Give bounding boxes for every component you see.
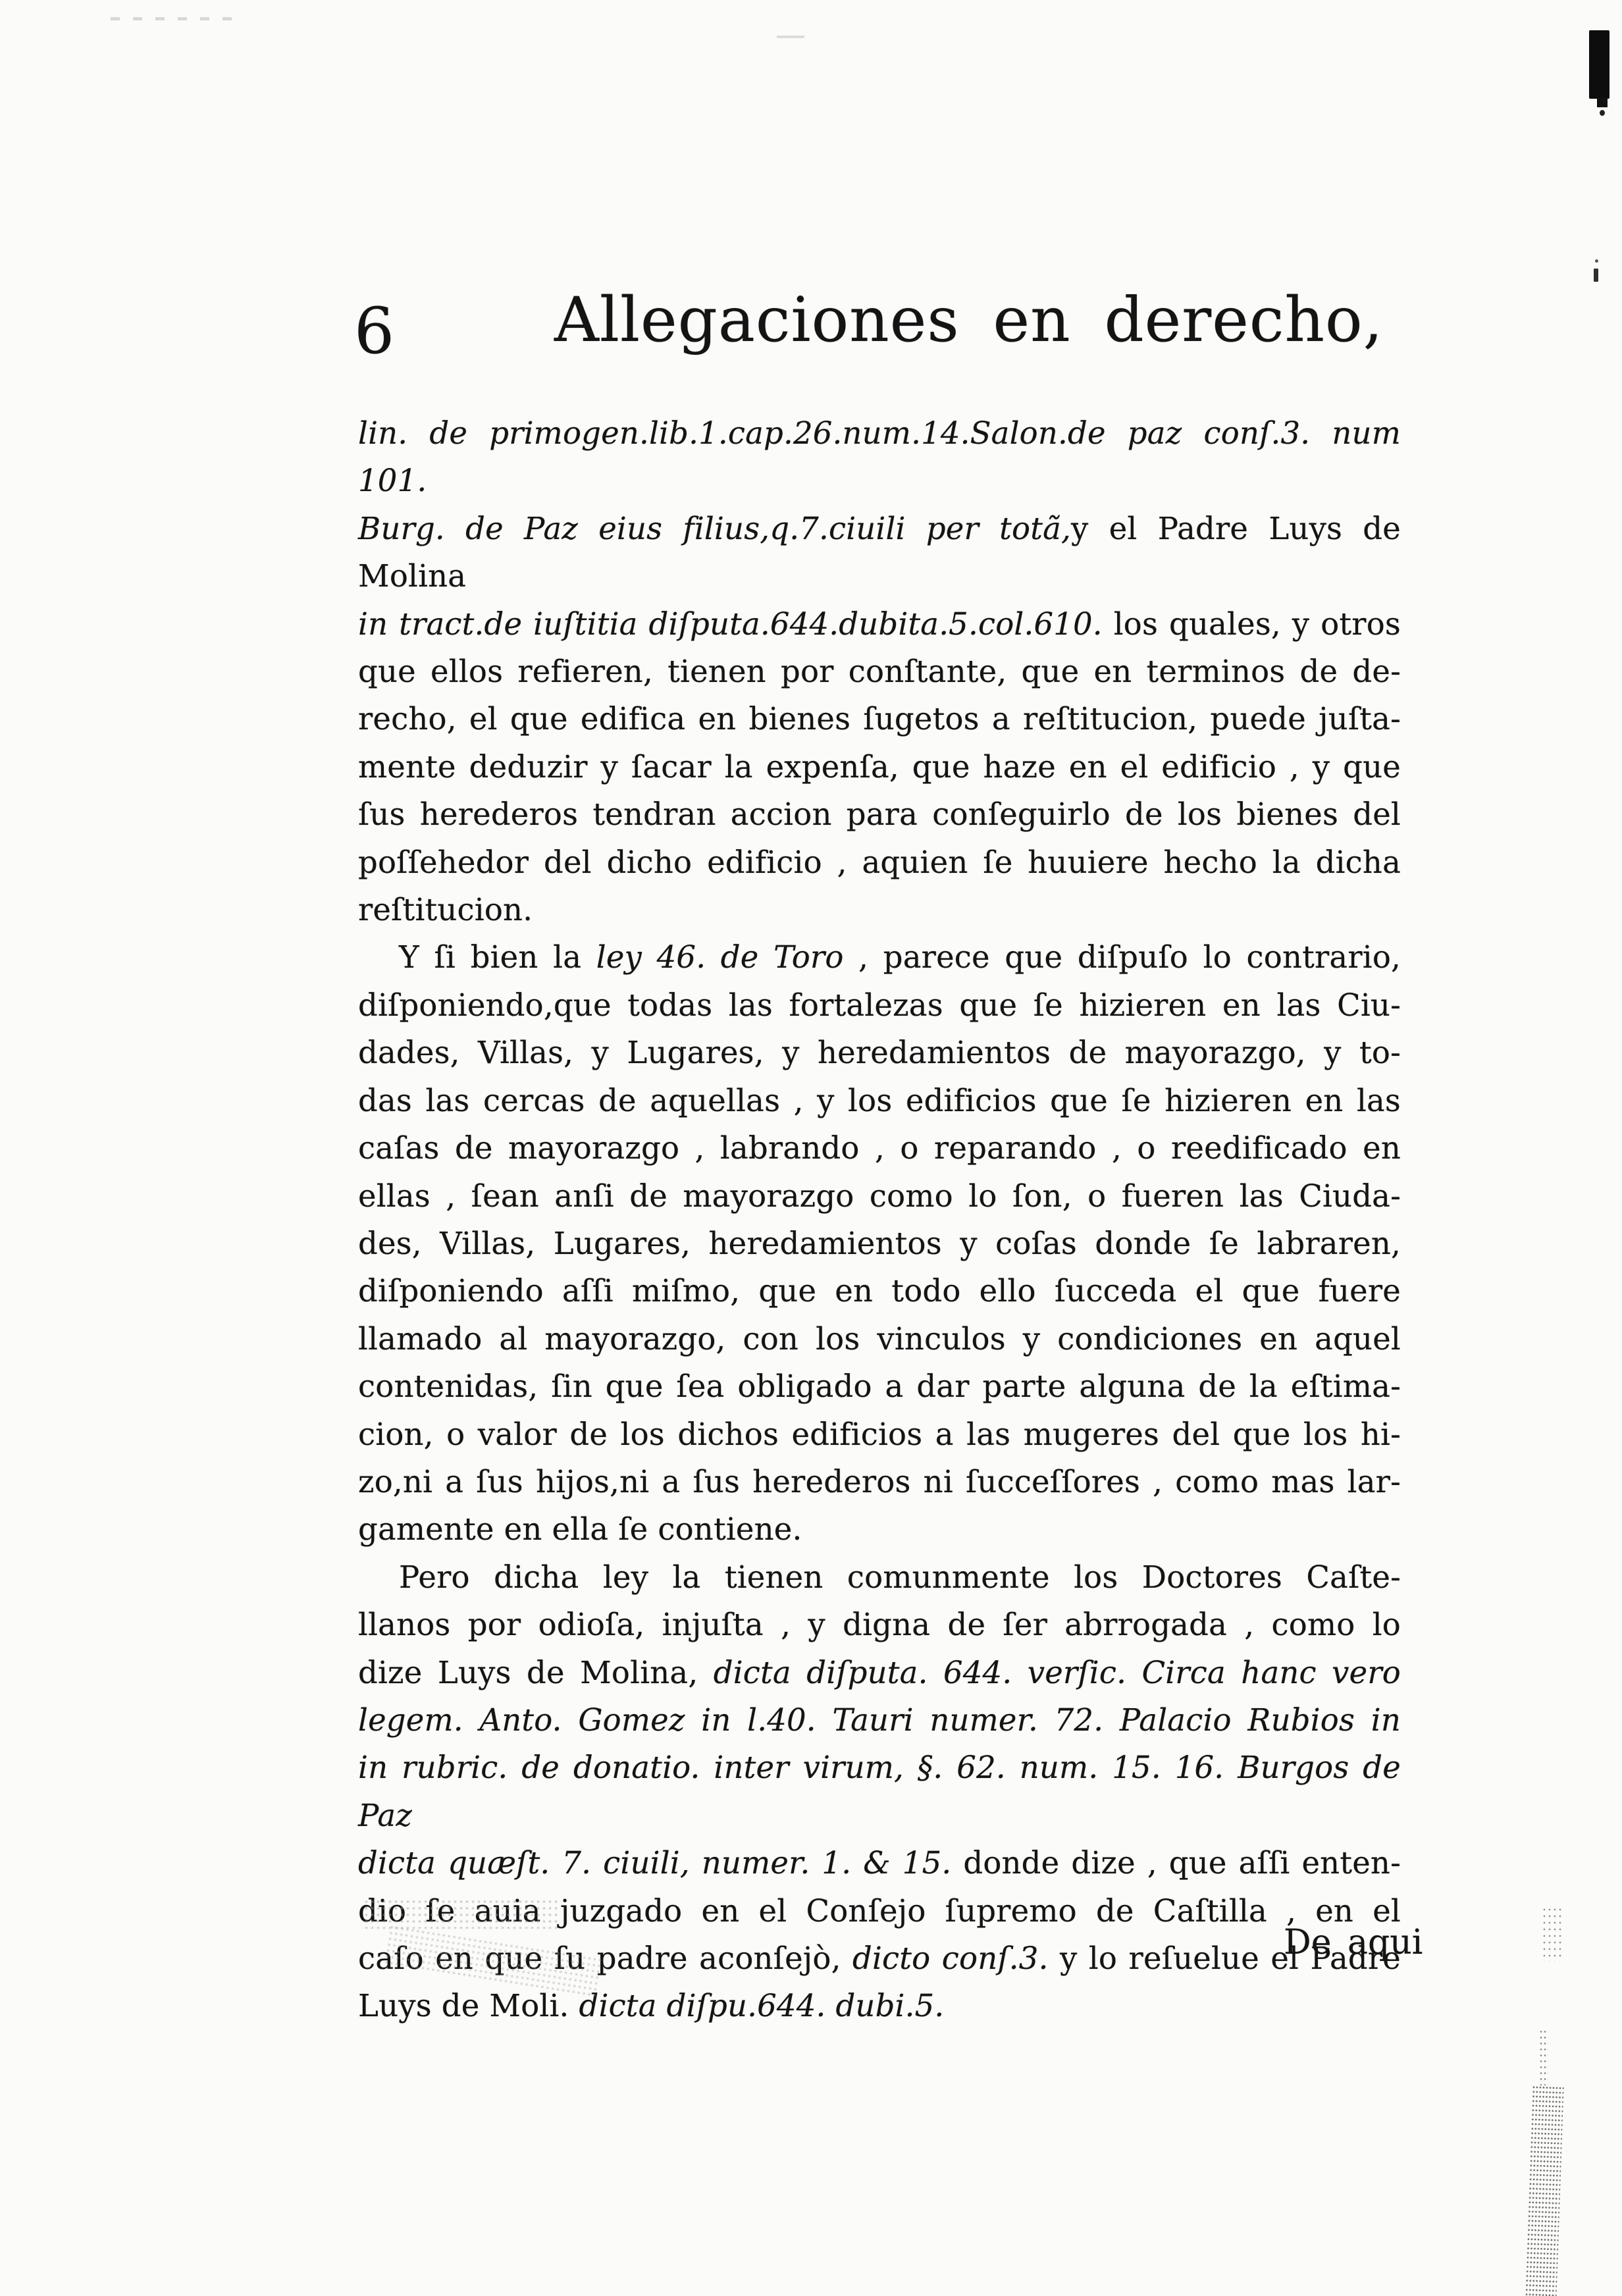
text-line: llanos por odioſa, injuſta , y digna de …	[358, 1601, 1401, 1648]
text-run: que ellos refieren, tienen por conſtante…	[358, 654, 1401, 689]
text-line: lin. de primogen.lib.1.cap.26.num.14.Sal…	[358, 409, 1401, 505]
text-line: cion, o valor de los dichos edificios a …	[358, 1411, 1401, 1458]
text-line: des, Villas, Lugares, heredamientos y co…	[358, 1220, 1401, 1267]
text-run: ley 46. de Toro	[596, 939, 844, 975]
text-line: Luys de Moli. dicta diſpu.644. dubi.5.	[358, 1982, 1401, 2029]
text-line: gamente en ella ſe contiene.	[358, 1505, 1401, 1553]
text-run: poſſehedor del dicho edificio , aquien ſ…	[358, 845, 1401, 880]
text-run: des, Villas, Lugares, heredamientos y co…	[358, 1226, 1401, 1261]
text-line: Burg. de Paz eius filius,q.7.ciuili per …	[358, 505, 1401, 600]
text-line: ellas , ſean anſi de mayorazgo como lo ſ…	[358, 1172, 1401, 1220]
scan-noise-streak	[1542, 1906, 1561, 1962]
margin-tick-dot	[1595, 259, 1598, 263]
text-run: donde dize , que aſſi enten-	[963, 1845, 1401, 1881]
text-run: llanos por odioſa, injuſta , y digna de …	[358, 1607, 1401, 1642]
text-line: diſponiendo aſſi miſmo, que en todo ello…	[358, 1267, 1401, 1315]
text-run: Y ſi bien la	[399, 939, 596, 975]
text-line: das las cercas de aquellas , y los edifi…	[358, 1077, 1401, 1124]
text-run: in tract.de iuſtitia diſputa.644.dubita.…	[358, 606, 1114, 642]
binding-mark-tail	[1597, 97, 1608, 107]
text-run: diſponiendo aſſi miſmo, que en todo ello…	[358, 1273, 1401, 1309]
text-run: dicta quæſt. 7. ciuili, numer. 1. & 15.	[358, 1845, 963, 1881]
text-line: dize Luys de Molina, dicta diſputa. 644.…	[358, 1649, 1401, 1696]
text-line: llamado al mayorazgo, con los vinculos y…	[358, 1315, 1401, 1363]
text-line: in rubric. de donatio. inter virum, §. 6…	[358, 1744, 1401, 1839]
text-run: zo,ni a ſus hijos,ni a ſus herederos ni …	[358, 1464, 1401, 1500]
scanned-page: 6 Allegaciones en derecho, lin. de primo…	[0, 0, 1622, 2296]
text-line: que ellos refieren, tienen por conſtante…	[358, 648, 1401, 695]
text-line: zo,ni a ſus hijos,ni a ſus herederos ni …	[358, 1458, 1401, 1505]
text-run: gamente en ella ſe contiene.	[358, 1511, 802, 1547]
text-line: reſtitucion.	[358, 886, 1401, 933]
margin-tick-mark	[1594, 269, 1598, 282]
scan-noise-streak	[1539, 2029, 1548, 2085]
text-run: Pero dicha ley la tienen comunmente los …	[399, 1559, 1401, 1595]
text-line: recho, el que edifica en bienes ſugetos …	[358, 695, 1401, 743]
text-run: das las cercas de aquellas , y los edifi…	[358, 1083, 1401, 1118]
text-run: dicto conſ.3.	[852, 1941, 1049, 1976]
text-line: dades, Villas, y Lugares, y heredamiento…	[358, 1029, 1401, 1076]
text-run: , parece que diſpuſo lo contrario,	[844, 939, 1401, 975]
text-run: dize Luys de Molina,	[358, 1655, 714, 1690]
page-number: 6	[354, 300, 394, 363]
text-run: in rubric. de donatio. inter virum, §. 6…	[358, 1750, 1401, 1833]
running-title: Allegaciones en derecho,	[554, 290, 1384, 352]
text-run: dicta diſpu.644. dubi.5.	[579, 1988, 945, 2023]
scan-noise-dash	[777, 36, 804, 38]
text-line: contenidas, ſin que ſea obligado a dar p…	[358, 1363, 1401, 1410]
text-line: in tract.de iuſtitia diſputa.644.dubita.…	[358, 600, 1401, 648]
text-line: caſas de mayorazgo , labrando , o repara…	[358, 1124, 1401, 1172]
text-line: diſponiendo,que todas las fortalezas que…	[358, 981, 1401, 1029]
text-run: dades, Villas, y Lugares, y heredamiento…	[358, 1035, 1401, 1070]
text-line: Pero dicha ley la tienen comunmente los …	[358, 1553, 1401, 1601]
text-run: Burg. de Paz eius filius,q.7.ciuili per …	[358, 511, 1071, 546]
text-run: reſtitucion.	[358, 892, 533, 927]
text-line: legem. Anto. Gomez in l.40. Tauri numer.…	[358, 1696, 1401, 1744]
text-run: cion, o valor de los dichos edificios a …	[358, 1417, 1401, 1452]
text-line: mente deduzir y ſacar la expenſa, que ha…	[358, 743, 1401, 791]
text-run: legem. Anto. Gomez in l.40. Tauri numer.…	[358, 1702, 1401, 1738]
binding-mark	[1589, 30, 1609, 99]
text-line: ſus herederos tendran accion para conſeg…	[358, 791, 1401, 838]
text-line: poſſehedor del dicho edificio , aquien ſ…	[358, 839, 1401, 886]
text-line: dicta quæſt. 7. ciuili, numer. 1. & 15. …	[358, 1839, 1401, 1887]
catchword: De aqui	[1284, 1925, 1423, 1960]
text-run: los quales, y otros	[1114, 606, 1401, 642]
text-run: lin. de primogen.lib.1.cap.26.num.14.Sal…	[358, 415, 1401, 498]
text-run: recho, el que edifica en bienes ſugetos …	[358, 701, 1401, 737]
binding-mark-dot	[1600, 110, 1605, 116]
text-run: caſas de mayorazgo , labrando , o repara…	[358, 1130, 1401, 1166]
text-line: Y ſi bien la ley 46. de Toro , parece qu…	[358, 933, 1401, 981]
text-run: ellas , ſean anſi de mayorazgo como lo ſ…	[358, 1178, 1401, 1214]
text-run: Luys de Moli.	[358, 1988, 579, 2023]
text-run: ſus herederos tendran accion para conſeg…	[358, 796, 1401, 832]
text-run: dicta diſputa. 644. verſic. Circa hanc v…	[714, 1655, 1401, 1690]
scan-noise-streak	[1525, 2085, 1563, 2296]
text-run: mente deduzir y ſacar la expenſa, que ha…	[358, 749, 1401, 785]
text-run: diſponiendo,que todas las fortalezas que…	[358, 987, 1401, 1023]
body-text: lin. de primogen.lib.1.cap.26.num.14.Sal…	[358, 409, 1401, 2030]
text-run: contenidas, ſin que ſea obligado a dar p…	[358, 1369, 1401, 1404]
scan-noise-dashes	[111, 17, 239, 20]
text-run: llamado al mayorazgo, con los vinculos y…	[358, 1321, 1401, 1357]
